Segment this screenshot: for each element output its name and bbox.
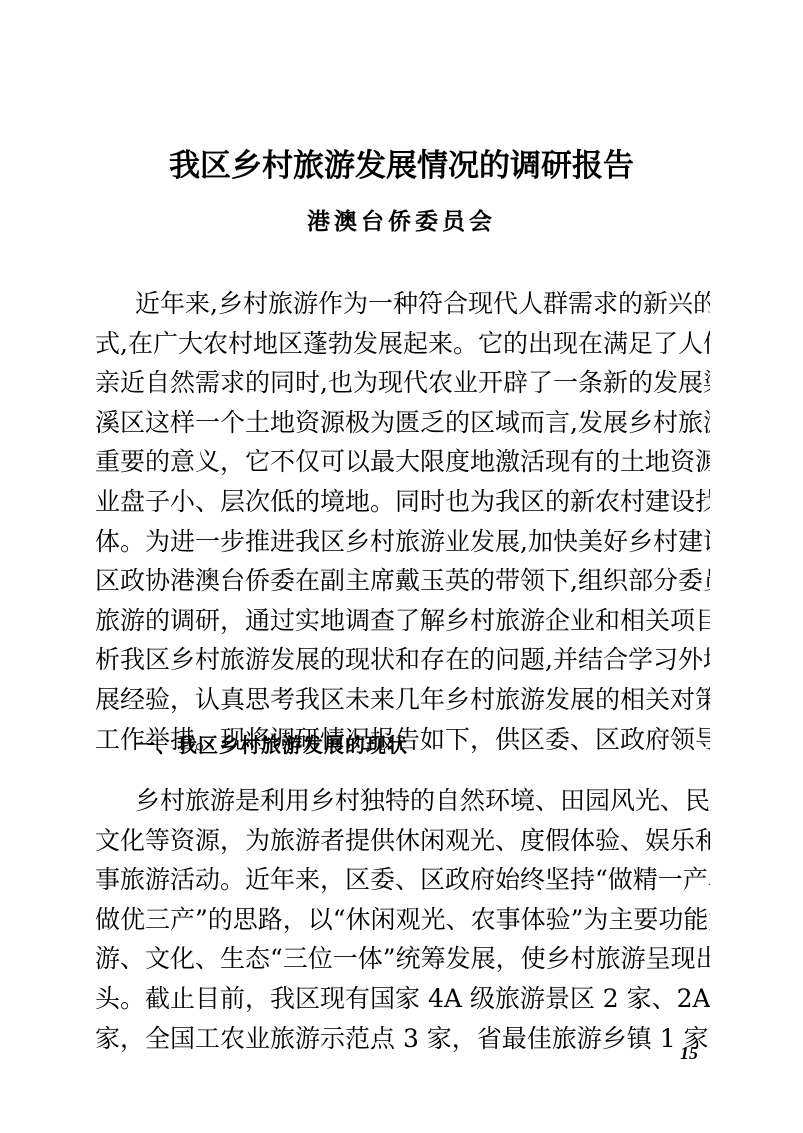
- section-heading: 一、我区乡村旅游发展的现状: [135, 730, 408, 760]
- paragraph-line: 近年来,乡村旅游作为一种符合现代人群需求的新兴的休闲旅游形: [95, 284, 710, 324]
- paragraph-line: 乡村旅游是利用乡村独特的自然环境、田园风光、民俗风情、农耕: [95, 781, 710, 821]
- paragraph-line: 体。为进一步推进我区乡村旅游业发展,加快美好乡村建设步伐,近期,: [95, 522, 710, 562]
- document-page: 我区乡村旅游发展情况的调研报告 港澳台侨委员会 近年来,乡村旅游作为一种符合现代…: [0, 0, 803, 1133]
- paragraph-line: 式,在广大农村地区蓬勃发展起来。它的出现在满足了人们回归自然、: [95, 324, 710, 364]
- paragraph-status: 乡村旅游是利用乡村独特的自然环境、田园风光、民俗风情、农耕 文化等资源，为旅游者…: [95, 781, 710, 1058]
- paragraph-line: 家，全国工农业旅游示范点 3 家，省最佳旅游乡镇 1 家、优秀旅游乡镇: [95, 1019, 710, 1059]
- paragraph-line: 做优三产”的思路，以“休闲观光、农事体验”为主要功能定位，围绕旅: [95, 900, 710, 940]
- paragraph-line: 旅游的调研，通过实地调查了解乡村旅游企业和相关项目建设情况，分: [95, 601, 710, 641]
- paragraph-line: 游、文化、生态“三位一体”统筹发展，使乡村旅游呈现出良好的发展势: [95, 939, 710, 979]
- paragraph-line: 业盘子小、层次低的境地。同时也为我区的新农村建设找到了有效的载: [95, 482, 710, 522]
- paragraph-line: 析我区乡村旅游发展的现状和存在的问题,并结合学习外地乡村旅游发: [95, 640, 710, 680]
- paragraph-line: 头。截止目前，我区现有国家 4A 级旅游景区 2 家、2A 级旅游景区 5: [95, 979, 710, 1019]
- report-author: 港澳台侨委员会: [0, 206, 803, 238]
- paragraph-line: 重要的意义，它不仅可以最大限度地激活现有的土地资源，走出城郊农: [95, 442, 710, 482]
- page-number: 15: [680, 1041, 698, 1065]
- paragraph-line: 展经验，认真思考我区未来几年乡村旅游发展的相关对策、工作重点和: [95, 680, 710, 720]
- paragraph-line: 区政协港澳台侨委在副主席戴玉英的带领下,组织部分委员开展了乡村: [95, 561, 710, 601]
- paragraph-line: 溪区这样一个土地资源极为匮乏的区域而言,发展乡村旅游更具有特别: [95, 403, 710, 443]
- paragraph-line: 亲近自然需求的同时,也为现代农业开辟了一条新的发展渠道。对于屯: [95, 363, 710, 403]
- report-title: 我区乡村旅游发展情况的调研报告: [0, 146, 803, 186]
- paragraph-intro: 近年来,乡村旅游作为一种符合现代人群需求的新兴的休闲旅游形 式,在广大农村地区蓬…: [95, 284, 710, 759]
- paragraph-line: 事旅游活动。近年来，区委、区政府始终坚持“做精一产、做强二产、: [95, 860, 710, 900]
- paragraph-line: 文化等资源，为旅游者提供休闲观光、度假体验、娱乐和购物的系列农: [95, 821, 710, 861]
